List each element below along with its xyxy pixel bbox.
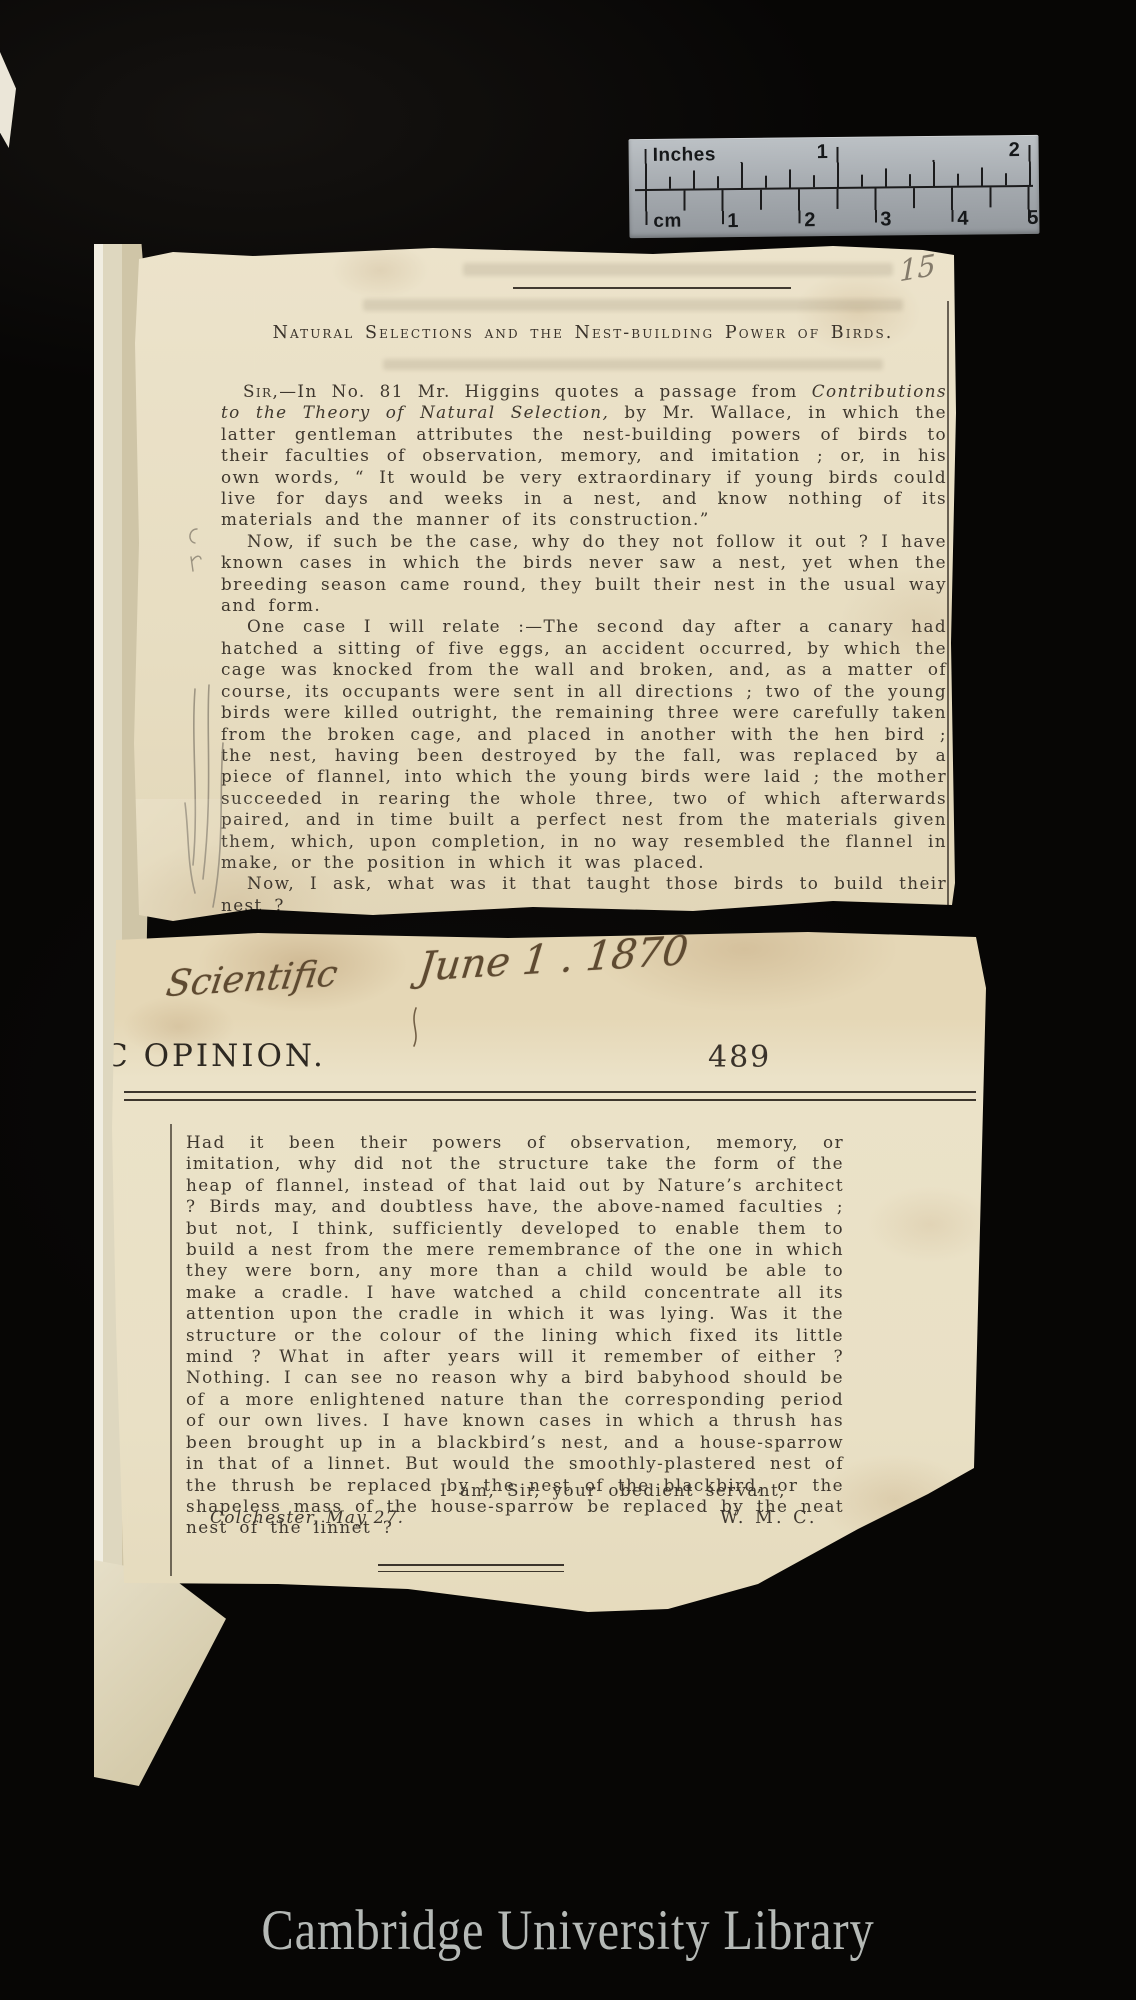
body-text: —In No. 81 Mr. Higgins quotes a passage … — [279, 381, 812, 401]
scan-photo: Inches cm 1 2 1 2 3 4 5 15 Natural Selec… — [0, 0, 1136, 2000]
print-showthrough — [363, 299, 903, 311]
paper-crease — [133, 799, 323, 929]
valediction: I am, Sir, your obedient servant, — [440, 1480, 786, 1500]
salutation: Sir, — [243, 381, 279, 401]
album-page-corner — [94, 1560, 226, 1786]
page-corner-sliver — [0, 52, 16, 148]
dateline: Colchester, May 27. — [210, 1508, 404, 1528]
ink-flourish — [406, 1006, 426, 1050]
ruler-cm-2: 2 — [804, 209, 815, 232]
pencil-page-number: 15 — [899, 248, 935, 289]
paragraph: Sir,—In No. 81 Mr. Higgins quotes a pass… — [221, 381, 947, 531]
paragraph: Now, I ask, what was it that taught thos… — [221, 873, 947, 916]
handwritten-journal-name: Scientific — [163, 953, 340, 1005]
ruler-cm-5: 5 — [1027, 207, 1038, 230]
ruler-cm-1: 1 — [727, 210, 738, 233]
ruler-inches-label: Inches — [653, 144, 716, 167]
ruler-cm-4: 4 — [957, 208, 968, 231]
ruler-cm-3: 3 — [880, 208, 891, 231]
handwritten-note: ScientificJune 1 . 1870 — [165, 928, 689, 1006]
column-rule — [947, 301, 949, 907]
ruler-cm-ticks — [645, 187, 1031, 227]
ruler-cm-label: cm — [653, 211, 682, 233]
print-showthrough — [463, 263, 893, 276]
measurement-ruler: Inches cm 1 2 1 2 3 4 5 — [628, 135, 1039, 238]
signature-initials: W. M. C. — [720, 1508, 817, 1528]
end-of-article-rule — [378, 1564, 564, 1572]
ruler-inch-1: 1 — [817, 141, 828, 164]
pencil-margin-marks — [177, 521, 217, 581]
paragraph: Now, if such be the case, why do they no… — [221, 531, 947, 617]
library-watermark: Cambridge University Library — [85, 1898, 1051, 1963]
paragraph: One case I will relate :—The second day … — [221, 616, 947, 873]
ruler-inch-2: 2 — [1009, 139, 1020, 162]
masthead-title: OPINION. — [131, 1038, 326, 1074]
print-showthrough — [383, 359, 883, 370]
page-number: 489 — [708, 1040, 771, 1075]
article-body-continuation: Had it been their powers of observation,… — [186, 1132, 844, 1539]
article-title: Natural Selections and the Nest-building… — [219, 323, 947, 343]
article-body: Sir,—In No. 81 Mr. Higgins quotes a pass… — [221, 381, 947, 916]
section-divider-rule — [513, 287, 791, 289]
journal-masthead: C OPINION. — [104, 1038, 326, 1074]
column-rule — [170, 1124, 172, 1576]
clipping-nest-building-letter: 15 Natural Selections and the Nest-build… — [133, 243, 957, 931]
masthead-double-rule — [124, 1091, 976, 1101]
clipping-opinion-page: ScientificJune 1 . 1870 C OPINION. 489 H… — [108, 928, 992, 1634]
handwritten-date: June 1 . 1870 — [416, 928, 690, 991]
